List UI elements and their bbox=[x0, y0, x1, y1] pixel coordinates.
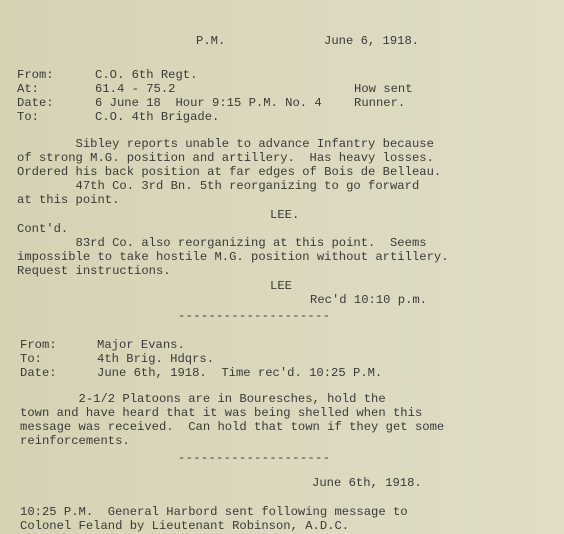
body-line: Colonel Feland by Lieutenant Robinson, A… bbox=[20, 519, 349, 533]
header-time: P.M. bbox=[196, 34, 225, 48]
body-line: 10:25 P.M. General Harbord sent followin… bbox=[20, 505, 408, 519]
from-value: C.O. 6th Regt. bbox=[95, 68, 197, 82]
body-line: impossible to take hostile M.G. position… bbox=[17, 250, 449, 264]
to-value: 4th Brig. Hdqrs. bbox=[97, 352, 214, 366]
body-line: of strong M.G. position and artillery. H… bbox=[17, 151, 434, 165]
date-label: Date: bbox=[17, 96, 54, 110]
body-line: 2-1/2 Platoons are in Bouresches, hold t… bbox=[20, 392, 386, 406]
to-value: C.O. 4th Brigade. bbox=[95, 110, 219, 124]
body-line: message was received. Can hold that town… bbox=[20, 420, 444, 434]
at-value: 61.4 - 75.2 bbox=[95, 82, 175, 96]
separator: -------------------- bbox=[178, 451, 330, 465]
header-date: June 6, 1918. bbox=[324, 34, 419, 48]
body-line: town and have heard that it was being sh… bbox=[20, 406, 422, 420]
signature: LEE bbox=[270, 279, 292, 293]
how-sent-label: How sent bbox=[354, 82, 413, 96]
signature: LEE. bbox=[270, 208, 299, 222]
at-label: At: bbox=[17, 82, 39, 96]
date-value: 6 June 18 Hour 9:15 P.M. No. 4 bbox=[95, 96, 322, 110]
date-label: Date: bbox=[20, 366, 57, 380]
body-line: at this point. bbox=[17, 193, 119, 207]
to-label: To: bbox=[20, 352, 42, 366]
body-line: Request instructions. bbox=[17, 264, 171, 278]
contd-label: Cont'd. bbox=[17, 222, 68, 236]
from-label: From: bbox=[20, 338, 57, 352]
body-line: 47th Co. 3rd Bn. 5th reorganizing to go … bbox=[17, 179, 419, 193]
body-line: Sibley reports unable to advance Infantr… bbox=[17, 137, 434, 151]
body-line: reinforcements. bbox=[20, 434, 130, 448]
separator: -------------------- bbox=[178, 309, 330, 323]
to-label: To: bbox=[17, 110, 39, 124]
date-value: June 6th, 1918. Time rec'd. 10:25 P.M. bbox=[97, 366, 382, 380]
body-line: Ordered his back position at far edges o… bbox=[17, 165, 441, 179]
body-line: 83rd Co. also reorganizing at this point… bbox=[17, 236, 427, 250]
from-value: Major Evans. bbox=[97, 338, 185, 352]
how-sent-value: Runner. bbox=[354, 96, 405, 110]
received-time: Rec'd 10:10 p.m. bbox=[310, 293, 427, 307]
entry-date: June 6th, 1918. bbox=[312, 476, 422, 490]
from-label: From: bbox=[17, 68, 54, 82]
